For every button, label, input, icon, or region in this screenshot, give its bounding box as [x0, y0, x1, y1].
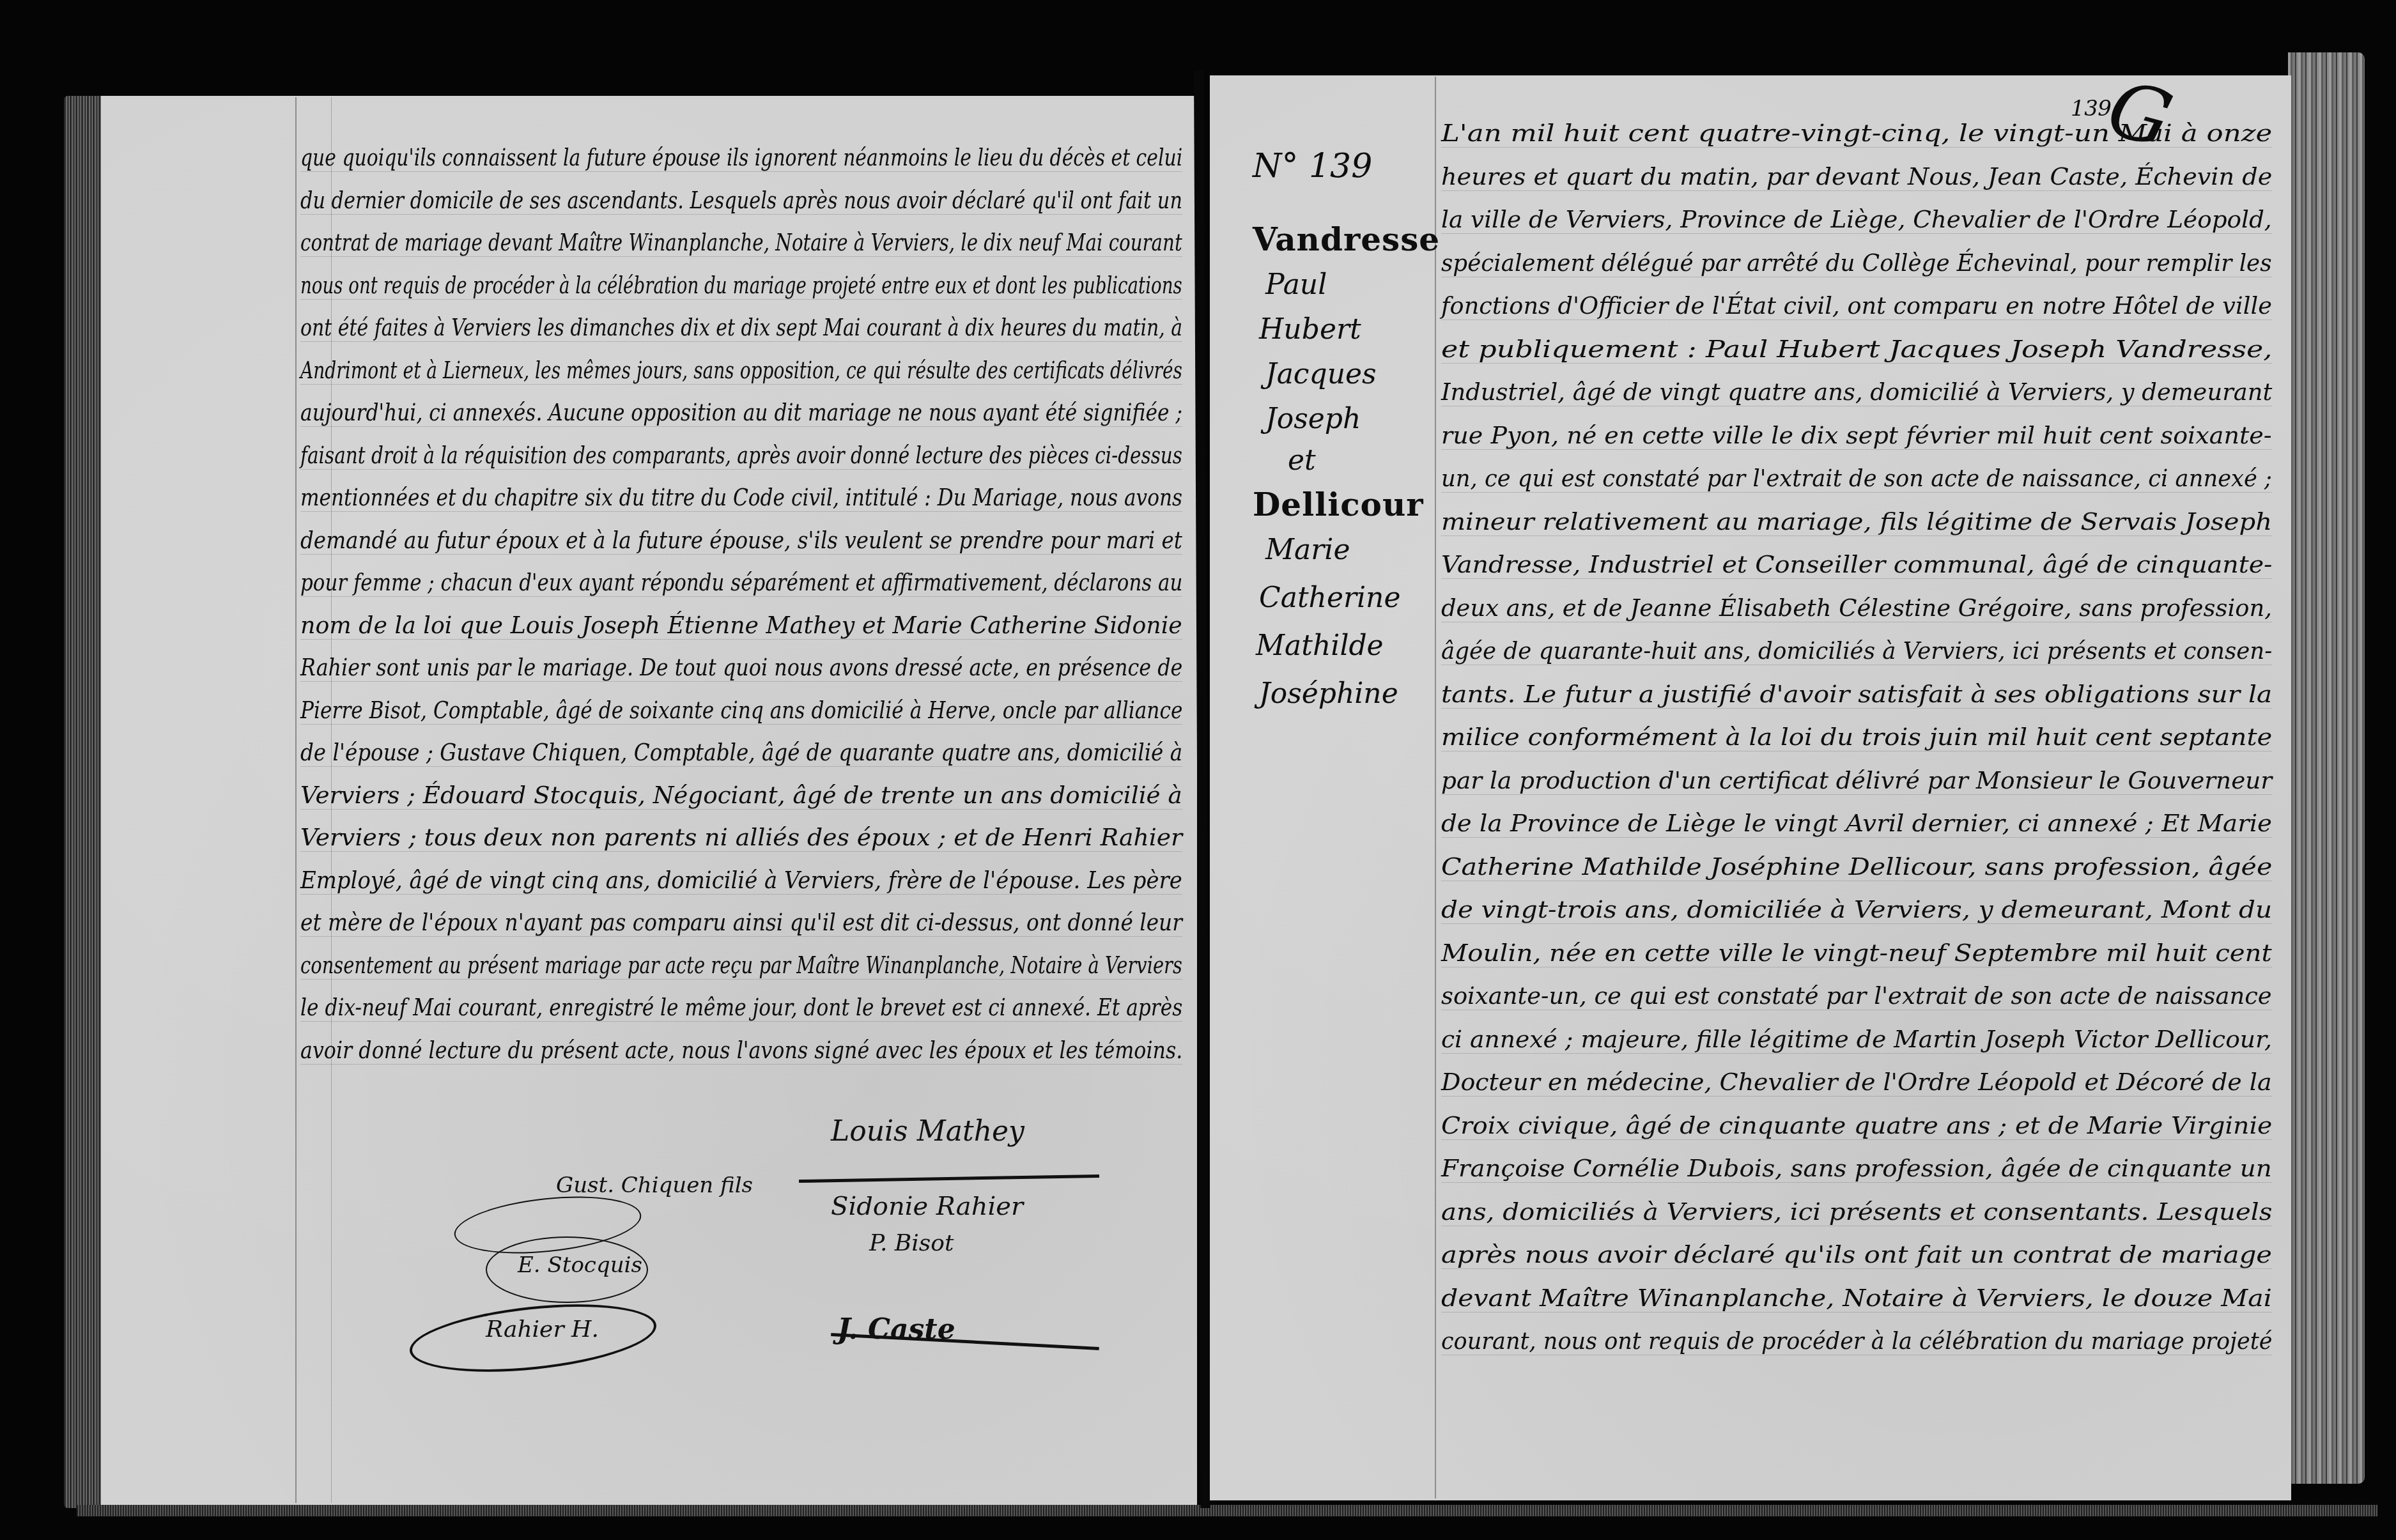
text-line: de l'épouse ; Gustave Chiquen, Comptable…	[300, 741, 1182, 764]
folio-number: 139	[2071, 96, 2111, 121]
text-line: âgée de quarante-huit ans, domiciliés à …	[1441, 639, 2272, 663]
text-line: spécialement délégué par arrêté du Collè…	[1441, 251, 2272, 275]
ruled-line	[300, 681, 1182, 682]
ruled-line	[300, 1021, 1182, 1022]
ruled-line	[300, 171, 1182, 172]
ruled-line	[1441, 923, 2272, 924]
text-line: Pierre Bisot, Comptable, âgé de soixante…	[300, 698, 1182, 722]
text-line: ans, domiciliés à Verviers, ici présents…	[1441, 1200, 2272, 1224]
ruled-line	[1441, 967, 2272, 967]
ruled-line	[300, 766, 1182, 767]
text-line: Industriel, âgé de vingt quatre ans, dom…	[1441, 380, 2272, 404]
ruled-line	[300, 596, 1182, 597]
ruled-line	[1441, 1139, 2272, 1140]
text-line: Verviers ; Édouard Stocquis, Négociant, …	[300, 783, 1182, 807]
bride-given-name: Catherine	[1259, 581, 1400, 614]
ruled-line	[300, 511, 1182, 512]
ruled-line	[1441, 406, 2272, 406]
text-line: Françoise Cornélie Dubois, sans professi…	[1441, 1157, 2272, 1180]
ruled-line	[1441, 837, 2272, 838]
text-line: consentement au présent mariage par acte…	[300, 953, 1182, 977]
ruled-line	[300, 554, 1182, 555]
text-line: pour femme ; chacun d'eux ayant répondu …	[300, 571, 1182, 594]
text-line: après nous avoir déclaré qu'ils ont fait…	[1441, 1243, 2272, 1267]
bride-given-name: Joséphine	[1259, 677, 1398, 710]
ruled-line	[1441, 233, 2272, 234]
text-line: Employé, âgé de vingt cinq ans, domicili…	[300, 868, 1182, 892]
text-line: Moulin, née en cette ville le vingt-neuf…	[1441, 941, 2272, 965]
book-edge-left	[64, 96, 102, 1508]
ruled-line	[1441, 881, 2272, 881]
text-line: Andrimont et à Lierneux, les mêmes jours…	[300, 358, 1182, 382]
groom-given-name: Paul	[1265, 268, 1327, 301]
ruled-line	[1441, 708, 2272, 709]
text-line: un, ce qui est constaté par l'extrait de…	[1441, 466, 2272, 490]
groom-given-name: Joseph	[1265, 403, 1361, 435]
left-margin-rule	[295, 97, 297, 1503]
ruled-line	[1441, 751, 2272, 751]
text-line: aujourd'hui, ci annexés. Aucune oppositi…	[300, 401, 1182, 424]
ruled-line	[1441, 622, 2272, 622]
ruled-line	[300, 341, 1182, 342]
ruled-line	[1441, 147, 2272, 148]
ruled-line	[1441, 535, 2272, 536]
text-line: fonctions d'Officier de l'État civil, on…	[1441, 294, 2272, 318]
ruled-line	[1441, 1268, 2272, 1269]
signature-witness-bisot: P. Bisot	[869, 1230, 954, 1256]
conjunction: et	[1288, 444, 1316, 477]
text-line: avoir donné lecture du présent acte, nou…	[300, 1038, 1182, 1062]
text-line: devant Maître Winanplanche, Notaire à Ve…	[1441, 1286, 2272, 1310]
text-line: la ville de Verviers, Province de Liège,…	[1441, 208, 2272, 231]
bride-given-name: Marie	[1265, 534, 1350, 566]
ruled-line	[300, 426, 1182, 427]
ruled-line	[1441, 665, 2272, 665]
text-line: par la production d'un certificat délivr…	[1441, 769, 2272, 792]
ruled-line	[1441, 1355, 2272, 1355]
groom-given-name: Hubert	[1259, 313, 1361, 346]
text-line: heures et quart du matin, par devant Nou…	[1441, 165, 2272, 189]
text-line: soixante-un, ce qui est constaté par l'e…	[1441, 984, 2272, 1008]
ruled-line	[1441, 492, 2272, 493]
text-line: milice conformément à la loi du trois ju…	[1441, 725, 2272, 749]
ruled-line	[300, 936, 1182, 937]
ruled-line	[300, 214, 1182, 215]
text-line: Catherine Mathilde Joséphine Dellicour, …	[1441, 855, 2272, 879]
ruled-line	[300, 979, 1182, 980]
ruled-line	[1441, 1182, 2272, 1183]
text-line: Vandresse, Industriel et Conseiller comm…	[1441, 553, 2272, 576]
text-line: de vingt-trois ans, domiciliée à Vervier…	[1441, 898, 2272, 921]
signature-witness-chiquen: Gust. Chiquen fils	[556, 1173, 753, 1198]
text-line: faisant droit à la réquisition des compa…	[300, 443, 1182, 467]
scanned-book-spread: que quoiqu'ils connaissent la future épo…	[0, 0, 2396, 1540]
text-line: ci annexé ; majeure, fille légitime de M…	[1441, 1028, 2272, 1051]
ruled-line	[1441, 190, 2272, 191]
text-line: mineur relativement au mariage, fils lég…	[1441, 510, 2272, 534]
text-line: Rahier sont unis par le mariage. De tout…	[300, 656, 1182, 679]
record-number: N° 139	[1253, 147, 1372, 185]
ruled-line	[300, 851, 1182, 852]
text-line: ont été faites à Verviers les dimanches …	[300, 316, 1182, 339]
text-line: Croix civique, âgé de cinquante quatre a…	[1441, 1114, 2272, 1137]
text-line: mentionnées et du chapitre six du titre …	[300, 486, 1182, 509]
text-line: le dix-neuf Mai courant, enregistré le m…	[300, 996, 1182, 1019]
text-line: que quoiqu'ils connaissent la future épo…	[300, 146, 1182, 169]
bride-given-name: Mathilde	[1256, 629, 1384, 662]
ruled-line	[300, 256, 1182, 257]
signature-flourish	[486, 1236, 648, 1303]
ruled-line	[300, 639, 1182, 640]
signature-groom: Louis Mathey	[831, 1115, 1024, 1148]
right-margin-rule	[1435, 77, 1436, 1498]
ruled-line	[300, 384, 1182, 385]
ruled-line	[1441, 794, 2272, 795]
ruled-line	[1441, 363, 2272, 364]
text-line: Docteur en médecine, Chevalier de l'Ordr…	[1441, 1070, 2272, 1094]
groom-surname: Vandresse	[1253, 220, 1440, 258]
text-line: de la Province de Liège le vingt Avril d…	[1441, 812, 2272, 835]
ruled-line	[300, 469, 1182, 470]
text-line: nom de la loi que Louis Joseph Étienne M…	[300, 613, 1182, 637]
text-line: tants. Le futur a justifié d'avoir satis…	[1441, 682, 2272, 706]
ruled-line	[1441, 1010, 2272, 1010]
ruled-line	[1441, 1053, 2272, 1054]
groom-given-name: Jacques	[1265, 358, 1377, 390]
text-line: du dernier domicile de ses ascendants. L…	[300, 189, 1182, 212]
text-line: L'an mil huit cent quatre-vingt-cinq, le…	[1441, 121, 2272, 145]
text-line: deux ans, et de Jeanne Élisabeth Célesti…	[1441, 596, 2272, 620]
ruled-line	[1441, 277, 2272, 277]
ruled-line	[300, 1064, 1182, 1065]
text-line: et publiquement : Paul Hubert Jacques Jo…	[1441, 337, 2272, 361]
text-line: demandé au futur époux et à la future ép…	[300, 528, 1182, 552]
text-line: courant, nous ont requis de procéder à l…	[1441, 1329, 2272, 1353]
ruled-line	[300, 894, 1182, 895]
ruled-line	[1441, 1096, 2272, 1097]
text-line: contrat de mariage devant Maître Winanpl…	[300, 231, 1182, 254]
ruled-line	[300, 299, 1182, 300]
text-line: et mère de l'époux n'ayant pas comparu a…	[300, 911, 1182, 934]
ruled-line	[1441, 1226, 2272, 1226]
ruled-line	[300, 724, 1182, 725]
signature-bride: Sidonie Rahier	[831, 1192, 1023, 1221]
ruled-line	[1441, 1312, 2272, 1313]
bride-surname: Dellicour	[1253, 486, 1424, 523]
text-line: Verviers ; tous deux non parents ni alli…	[300, 826, 1182, 849]
book-cover-bottom	[77, 1505, 2377, 1516]
ruled-line	[1441, 320, 2272, 320]
ruled-line	[300, 809, 1182, 810]
text-line: nous ont requis de procéder à la célébra…	[300, 273, 1182, 297]
ruled-line	[1441, 449, 2272, 450]
book-edge-right	[2288, 52, 2365, 1484]
text-line: rue Pyon, né en cette ville le dix sept …	[1441, 424, 2272, 447]
ruled-line	[1441, 578, 2272, 579]
